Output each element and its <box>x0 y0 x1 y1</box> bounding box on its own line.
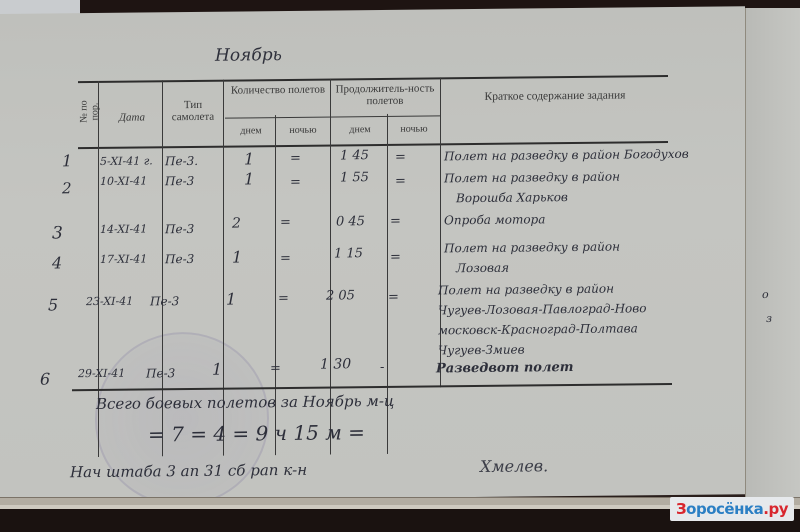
row-count-day: 1 <box>244 169 254 188</box>
row-duration-night: = <box>390 250 401 265</box>
row-duration-night: = <box>395 150 406 165</box>
row-date: 23-XI-41 <box>86 295 133 308</box>
row-duration-night: = <box>390 214 401 229</box>
row-aircraft: Пе-3 <box>165 174 194 188</box>
row-duration-night: - <box>380 360 384 375</box>
header-top-rule <box>78 75 668 83</box>
logbook-page: Ноябрь № по пор. Дата Тип самолета Колич… <box>0 6 745 502</box>
row-date: 10-XI-41 <box>100 174 147 187</box>
margin-mark: з <box>766 312 772 325</box>
header-summary: Краткое содержание задания <box>445 89 665 103</box>
header-count-day: днем <box>228 126 274 137</box>
row-count-day: 2 <box>232 215 241 231</box>
signature-line: Нач штаба 3 ап 31 сб рап к-н <box>70 461 307 481</box>
row-summary-line: Полет на разведку в район Богодухов <box>444 147 689 164</box>
row-number: 3 <box>52 223 63 243</box>
row-count-night: = <box>270 361 281 376</box>
row-summary-line: Ворошба Харьков <box>456 190 568 205</box>
header-flight-count: Количество полетов <box>228 85 328 98</box>
row-duration-night: = <box>395 174 406 189</box>
row-duration-day: 1 45 <box>340 148 369 163</box>
row-aircraft: Пе-3 <box>165 252 194 266</box>
row-duration-night: = <box>388 290 399 305</box>
watermark-part-3: .ру <box>763 500 788 518</box>
site-watermark: Зоросёнка.ру <box>670 497 794 521</box>
row-duration-day: 1 15 <box>334 246 363 261</box>
total-line: Всего боевых полетов за Ноябрь м-ц <box>96 392 394 413</box>
row-count-day: 1 <box>244 149 254 168</box>
row-date: 29-XI-41 <box>78 367 125 380</box>
row-number: 1 <box>62 151 72 170</box>
row-duration-day: 1 30 <box>320 356 351 372</box>
row-date: 14-XI-41 <box>100 222 147 235</box>
row-aircraft: Пе-3 <box>146 366 175 380</box>
row-number: 6 <box>40 369 50 388</box>
header-count-night: ночью <box>278 126 328 137</box>
col-line-7 <box>440 77 441 387</box>
row-aircraft: Пе-3. <box>165 154 198 168</box>
header-number: № по пор. <box>80 99 101 123</box>
row-duration-day: 1 55 <box>340 170 369 185</box>
header-aircraft-type: Тип самолета <box>164 100 222 124</box>
header-flight-duration: Продолжитель-ность полетов <box>332 83 438 107</box>
facing-page <box>745 8 800 508</box>
row-count-night: = <box>290 151 301 166</box>
subheader-rule <box>225 115 440 118</box>
row-date: 5-XI-41 г. <box>100 154 153 168</box>
row-summary-line: Лозовая <box>456 261 509 276</box>
row-duration-day: 2 05 <box>326 288 355 303</box>
row-aircraft: Пе-3 <box>150 294 179 308</box>
watermark-part-2: оросёнка <box>686 500 763 518</box>
row-summary-line: Чугуев-Лозовая-Павлоград-Ново <box>438 301 646 317</box>
watermark-part-1: З <box>676 500 686 518</box>
row-summary-line: Разведвот полет <box>436 360 574 376</box>
row-summary-line: Полет на разведку в район <box>444 170 620 186</box>
row-summary-line: Полет на разведку в район <box>438 282 614 298</box>
row-summary-line: Полет на разведку в район <box>444 240 620 256</box>
row-count-day: 1 <box>226 290 236 309</box>
row-count-day: 1 <box>232 247 242 266</box>
header-duration-day: днем <box>334 125 386 136</box>
row-count-day: 1 <box>212 360 222 379</box>
row-summary-line: московск-Красноград-Полтава <box>438 321 638 337</box>
row-date: 17-XI-41 <box>100 252 147 265</box>
row-number: 5 <box>48 295 58 314</box>
row-summary-line: Опроба мотора <box>444 212 545 227</box>
row-summary-line: Чугуев-Змиев <box>438 343 525 358</box>
row-number: 2 <box>62 179 72 197</box>
row-count-night: = <box>280 215 291 230</box>
row-count-night: = <box>290 175 301 190</box>
row-count-night: = <box>278 291 289 306</box>
row-duration-day: 0 45 <box>336 214 365 229</box>
row-count-night: = <box>280 251 291 266</box>
header-duration-night: ночью <box>389 124 439 135</box>
header-date: Дата <box>104 112 160 124</box>
row-number: 4 <box>52 253 62 272</box>
month-heading: Ноябрь <box>215 45 282 66</box>
total-values: = 7 = 4 = 9 ч 15 м = <box>148 420 365 446</box>
signature-name: Хмелев. <box>480 456 548 476</box>
row-aircraft: Пе-3 <box>165 222 194 236</box>
margin-mark: о <box>762 288 769 301</box>
